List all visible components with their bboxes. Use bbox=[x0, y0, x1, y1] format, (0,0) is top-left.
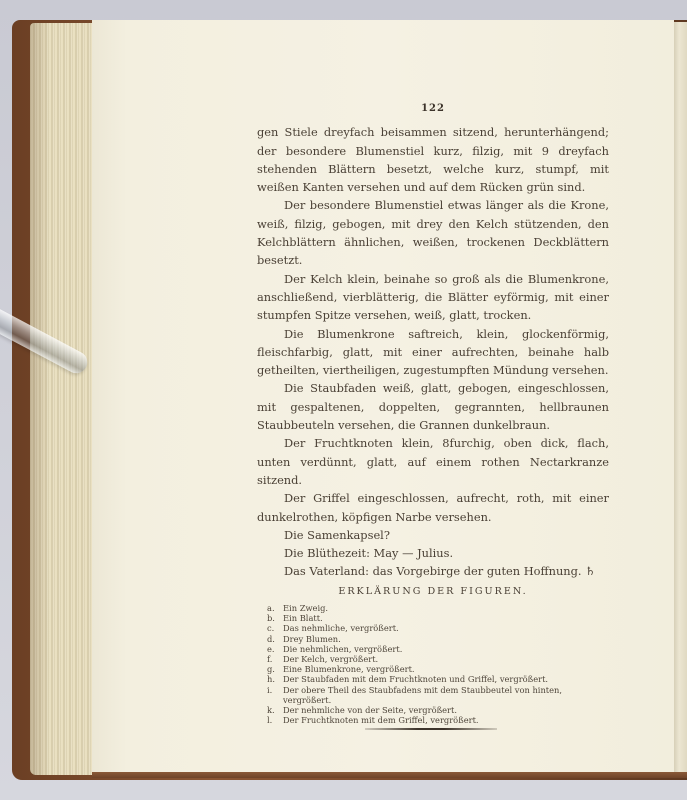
figure-item: g.Eine Blumenkrone, vergrößert. bbox=[267, 664, 609, 674]
paragraph: Die Blumenkrone saftreich, klein, glocke… bbox=[257, 325, 609, 380]
figure-text: Ein Blatt. bbox=[283, 613, 323, 623]
figure-label: b. bbox=[267, 613, 283, 623]
figure-text: Ein Zweig. bbox=[283, 603, 328, 613]
figures-list: a.Ein Zweig. b.Ein Blatt. c.Das nehmlich… bbox=[267, 603, 609, 725]
paragraph: Der Griffel eingeschlossen, aufrecht, ro… bbox=[257, 489, 609, 526]
figure-item: i.Der obere Theil des Staubfadens mit de… bbox=[267, 685, 609, 705]
figure-item: e.Die nehmlichen, vergrößert. bbox=[267, 644, 609, 654]
paragraph: Die Staubfaden weiß, glatt, gebogen, ein… bbox=[257, 379, 609, 434]
figure-label: d. bbox=[267, 634, 283, 644]
page-text: 122 gen Stiele dreyfach beisammen sitzen… bbox=[257, 100, 609, 730]
paragraph: Der Fruchtknoten klein, 8furchig, oben d… bbox=[257, 434, 609, 489]
figure-label: k. bbox=[267, 705, 283, 715]
bottom-cover-edge bbox=[92, 772, 687, 778]
figure-text: Das nehmliche, vergrößert. bbox=[283, 623, 399, 633]
figure-label: c. bbox=[267, 623, 283, 633]
page-number: 122 bbox=[257, 100, 609, 118]
seed-capsule-line: Die Samenkapsel? bbox=[257, 526, 609, 544]
figure-text: Eine Blumenkrone, vergrößert. bbox=[283, 664, 415, 674]
figure-label: g. bbox=[267, 664, 283, 674]
figure-item: f.Der Kelch, vergrößert. bbox=[267, 654, 609, 664]
paragraph: gen Stiele dreyfach beisammen sitzend, h… bbox=[257, 123, 609, 196]
figure-label: f. bbox=[267, 654, 283, 664]
flowering-time-line: Die Blüthezeit: May — Julius. bbox=[257, 544, 609, 562]
figure-text: Der nehmliche von der Seite, vergrößert. bbox=[283, 705, 457, 715]
figure-label: i. bbox=[267, 685, 283, 705]
figure-label: l. bbox=[267, 715, 283, 725]
figure-label: a. bbox=[267, 603, 283, 613]
figure-text: Der obere Theil des Staubfadens mit dem … bbox=[283, 685, 609, 705]
figure-text: Der Fruchtknoten mit dem Griffel, vergrö… bbox=[283, 715, 479, 725]
figures-heading: ERKLÄRUNG DER FIGUREN. bbox=[257, 583, 609, 601]
figure-item: l.Der Fruchtknoten mit dem Griffel, verg… bbox=[267, 715, 609, 725]
right-page-edge bbox=[674, 22, 687, 774]
figure-label: e. bbox=[267, 644, 283, 654]
paragraph: Der Kelch klein, beinahe so groß als die… bbox=[257, 270, 609, 325]
figure-item: b.Ein Blatt. bbox=[267, 613, 609, 623]
figure-item: a.Ein Zweig. bbox=[267, 603, 609, 613]
figure-text: Die nehmlichen, vergrößert. bbox=[283, 644, 402, 654]
figure-text: Der Staubfaden mit dem Fruchtknoten und … bbox=[283, 674, 548, 684]
paragraph: Der besondere Blumenstiel etwas länger a… bbox=[257, 196, 609, 269]
native-region-line: Das Vaterland: das Vorgebirge der guten … bbox=[257, 562, 609, 580]
figure-label: h. bbox=[267, 674, 283, 684]
end-rule bbox=[365, 728, 497, 730]
figure-item: c.Das nehmliche, vergrößert. bbox=[267, 623, 609, 633]
figure-item: k.Der nehmliche von der Seite, vergrößer… bbox=[267, 705, 609, 715]
figure-text: Der Kelch, vergrößert. bbox=[283, 654, 378, 664]
figure-text: Drey Blumen. bbox=[283, 634, 341, 644]
figure-item: d.Drey Blumen. bbox=[267, 634, 609, 644]
figure-item: h.Der Staubfaden mit dem Fruchtknoten un… bbox=[267, 674, 609, 684]
